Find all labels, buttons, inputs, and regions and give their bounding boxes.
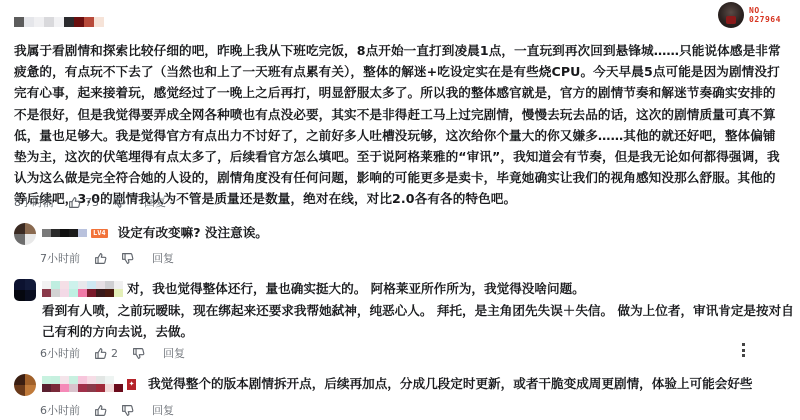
reply-text-continuation: 看到有人喷，之前玩暧昧，现在绑起来还要求我帮她弑神，纯恶心人。 拜托，是主角团先… <box>42 300 794 342</box>
reply-username-redacted[interactable] <box>42 229 87 237</box>
reply-text: 我觉得整个的版本剧情拆开点，后续再加点，分成几段定时更新，或者干脆变成周更剧情，… <box>148 374 753 394</box>
thumb-up-icon <box>68 196 81 209</box>
reply-header: ✦ 我觉得整个的版本剧情拆开点，后续再加点，分成几段定时更新，或者干脆变成周更剧… <box>42 374 753 394</box>
like-button[interactable] <box>94 252 107 265</box>
reply-meta: 6小时前 回复 <box>40 402 174 418</box>
reply-avatar[interactable] <box>14 223 36 245</box>
thumb-up-icon <box>94 252 107 265</box>
reply-username-redacted[interactable] <box>42 376 123 392</box>
thumb-up-icon <box>94 404 107 417</box>
like-button[interactable]: 73 <box>68 196 99 209</box>
reply-text: 对，我也觉得整体还行，量也确实挺大的。 阿格莱亚所作所为，我觉得没啥问题。 <box>127 279 585 299</box>
more-options-button[interactable] <box>740 343 746 357</box>
comment-time: 6小时前 <box>40 402 80 418</box>
fan-medal-badge: NO. 027964 <box>718 2 781 28</box>
fan-medal-number: NO. 027964 <box>749 6 781 24</box>
reply-username-redacted[interactable] <box>42 281 123 297</box>
vertical-dots-icon <box>742 343 745 346</box>
reply-text: 设定有改变嘛? 没注意诶。 <box>118 223 268 243</box>
dislike-button[interactable] <box>121 252 134 265</box>
comment-time: 6小时前 <box>40 345 80 361</box>
reply-avatar[interactable] <box>14 374 36 396</box>
like-count: 73 <box>85 196 99 209</box>
fan-medal-avatar <box>718 2 744 28</box>
reply-header: LV4 设定有改变嘛? 没注意诶。 <box>42 223 268 243</box>
reply-header: 对，我也觉得整体还行，量也确实挺大的。 阿格莱亚所作所为，我觉得没啥问题。 <box>42 279 585 299</box>
reply-button[interactable]: 回复 <box>163 345 185 361</box>
main-comment-meta: 8小时前 73 回复 <box>14 194 166 210</box>
main-comment-username-redacted[interactable] <box>14 17 104 29</box>
comment-time: 7小时前 <box>40 250 80 266</box>
thumb-down-icon <box>121 404 134 417</box>
fan-medal-label-top: NO. <box>749 6 781 15</box>
dislike-button[interactable] <box>121 404 134 417</box>
level-badge: LV4 <box>91 229 108 238</box>
dislike-button[interactable] <box>113 196 126 209</box>
reply-button[interactable]: 回复 <box>144 194 166 210</box>
reply-button[interactable]: 回复 <box>152 402 174 418</box>
like-count: 2 <box>111 347 118 360</box>
main-comment-text: 我属于看剧情和探索比较仔细的吧，昨晚上我从下班吃完饭，8点开始一直打到凌晨1点，… <box>14 40 786 210</box>
thumb-up-icon <box>94 347 107 360</box>
reply-button[interactable]: 回复 <box>152 250 174 266</box>
like-button[interactable] <box>94 404 107 417</box>
like-button[interactable]: 2 <box>94 347 118 360</box>
dislike-button[interactable] <box>132 347 145 360</box>
comment-time: 8小时前 <box>14 194 54 210</box>
reply-meta: 7小时前 回复 <box>40 250 174 266</box>
thumb-down-icon <box>121 252 134 265</box>
reply-avatar[interactable] <box>14 279 36 301</box>
reply-meta: 6小时前 2 回复 <box>40 345 185 361</box>
thumb-down-icon <box>132 347 145 360</box>
fan-medal-label-bottom: 027964 <box>749 15 781 24</box>
user-badge-icon: ✦ <box>127 379 136 390</box>
thumb-down-icon <box>113 196 126 209</box>
